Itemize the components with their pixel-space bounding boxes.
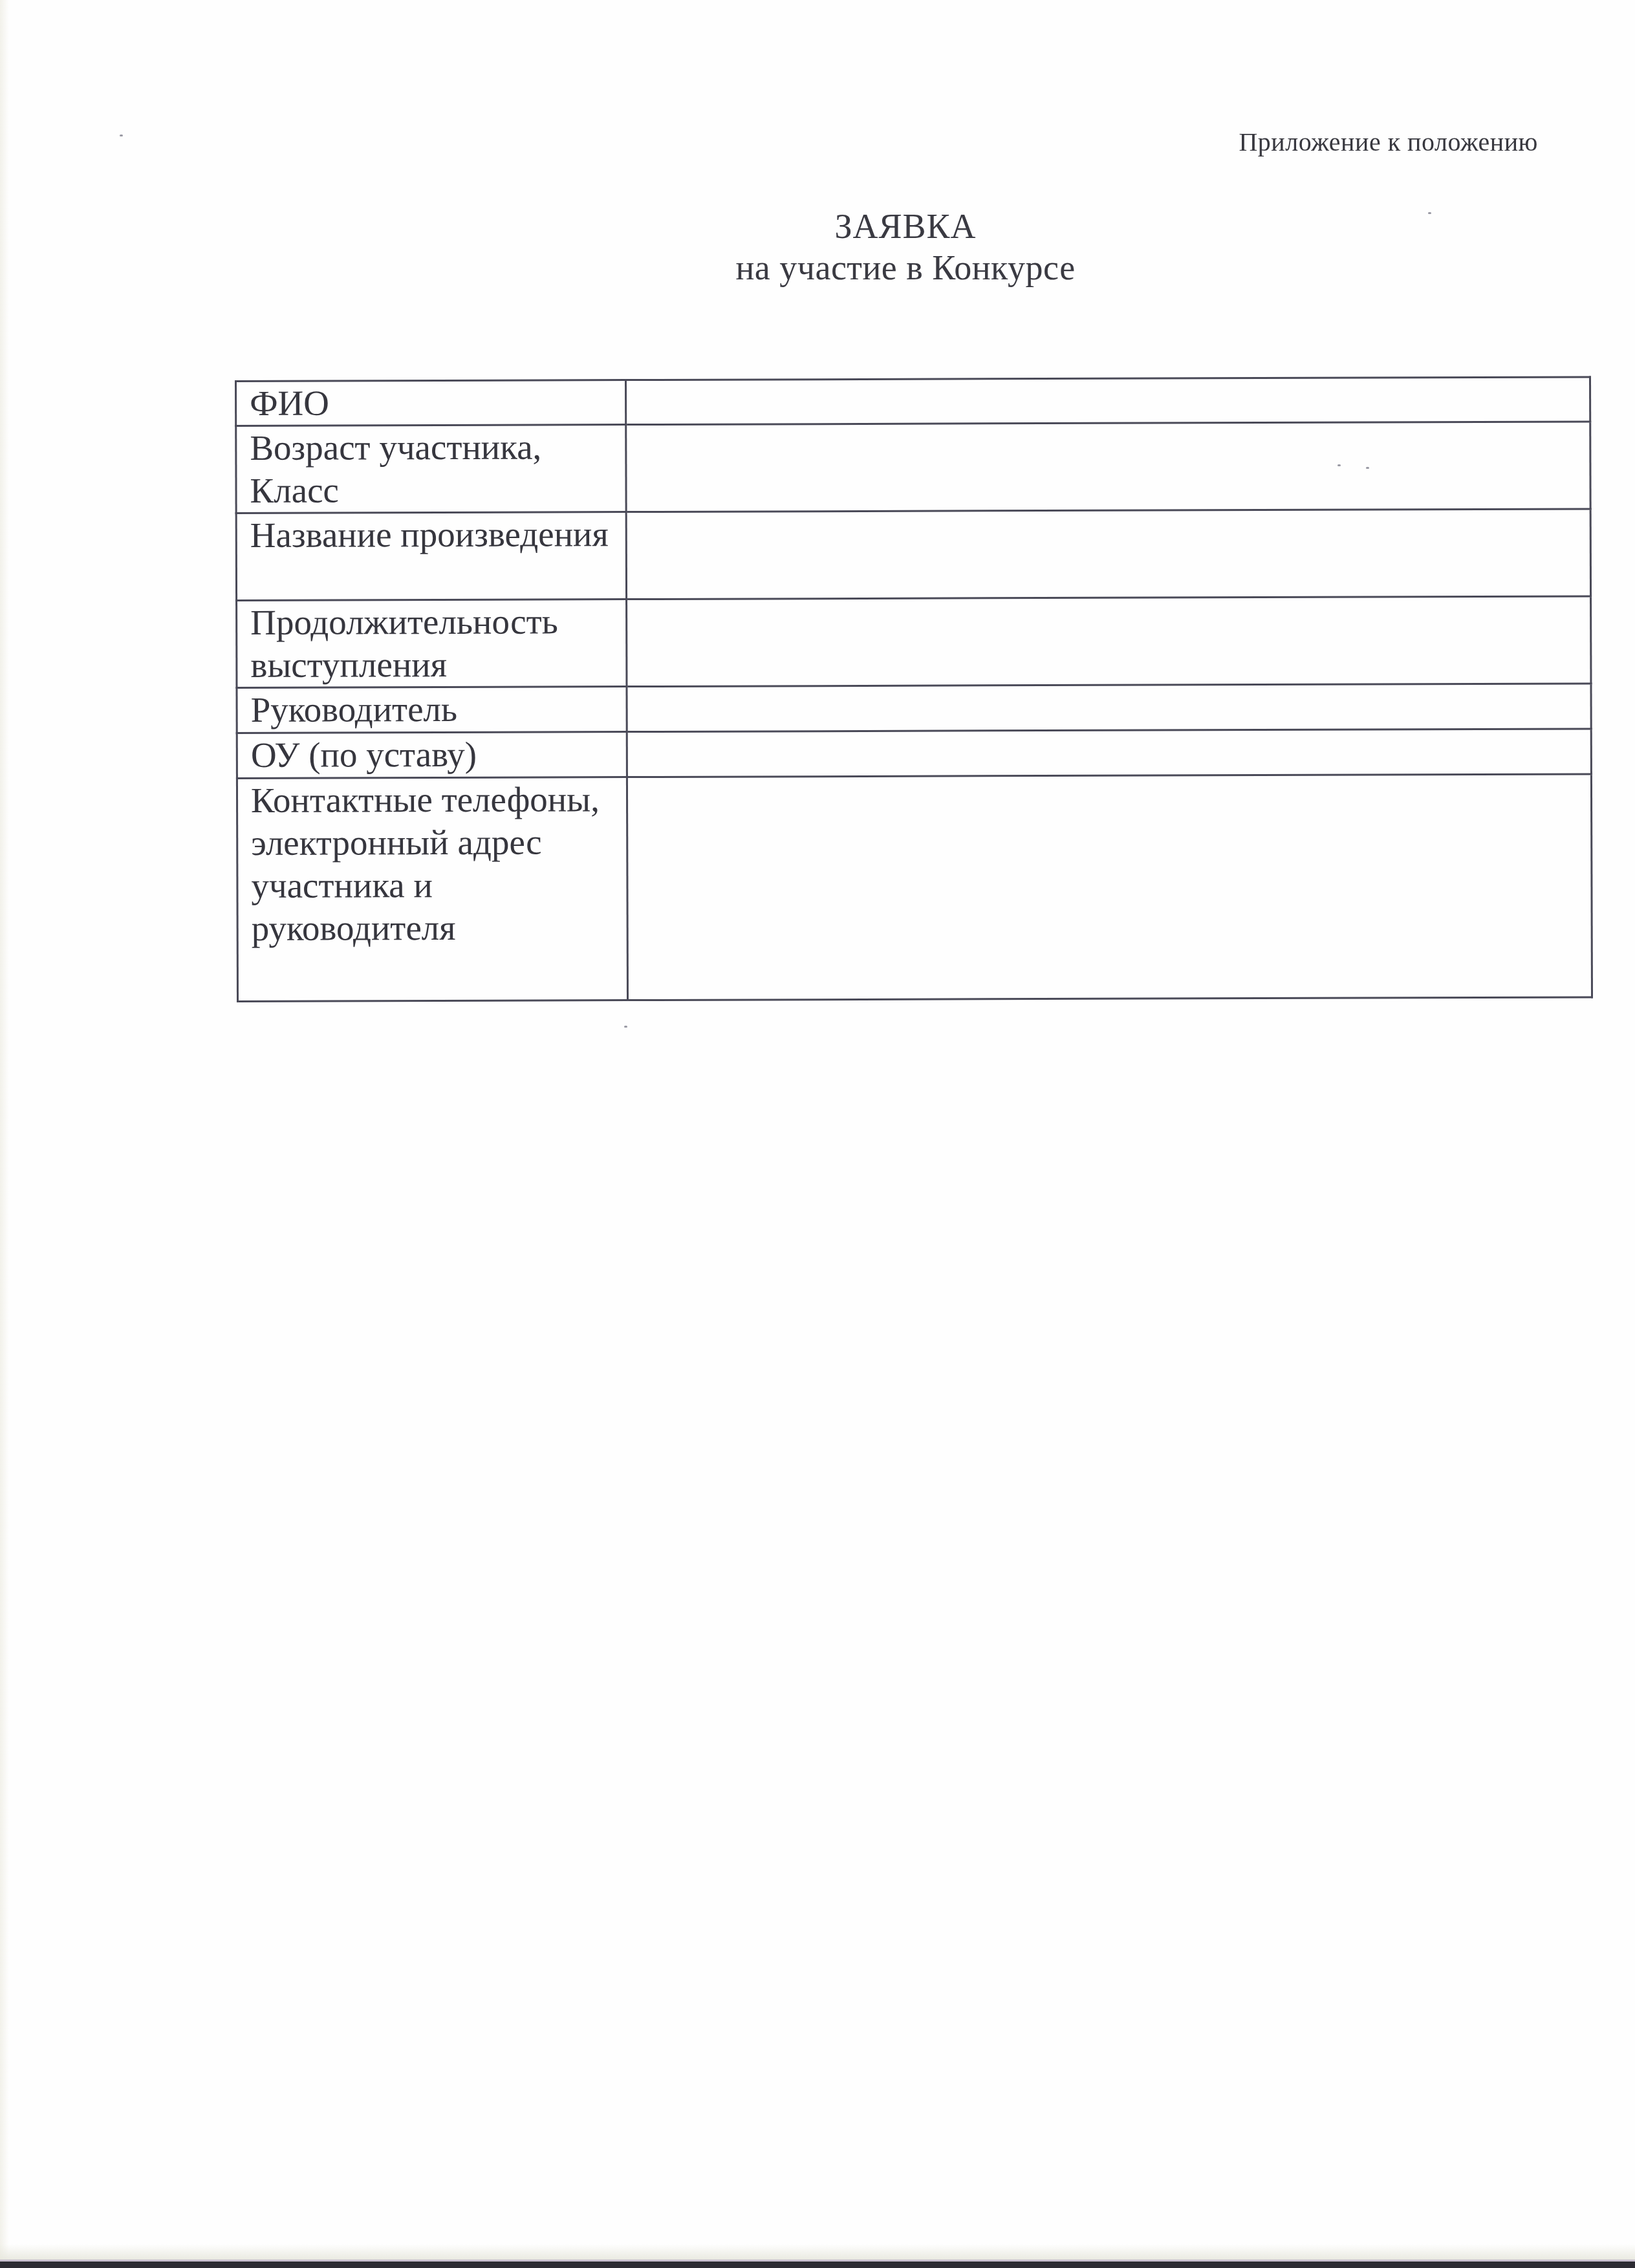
table-row: Возраст участника, Класс xyxy=(236,422,1590,513)
table-row: Руководитель xyxy=(237,684,1591,733)
scan-speck xyxy=(120,135,123,136)
document-title: ЗАЯВКА xyxy=(0,206,1635,247)
scan-speck xyxy=(1428,212,1431,214)
row-value-institution[interactable] xyxy=(627,729,1591,777)
row-label-duration: Продолжительность выступления xyxy=(237,599,627,688)
table-row: Контактные телефоны, электронный адрес у… xyxy=(237,774,1592,1002)
scan-speck xyxy=(624,1026,627,1028)
table-row: Название произведения xyxy=(236,509,1590,601)
row-value-age-class[interactable] xyxy=(626,422,1590,512)
row-label-full-name: ФИО xyxy=(236,380,626,426)
row-label-contacts: Контактные телефоны, электронный адрес у… xyxy=(237,777,627,1002)
row-label-supervisor: Руководитель xyxy=(237,687,627,733)
scanner-edge-band xyxy=(0,2260,1635,2268)
table-row: ОУ (по уставу) xyxy=(237,729,1591,779)
scan-speck xyxy=(1337,464,1341,466)
table-row: ФИО xyxy=(236,377,1590,426)
row-value-full-name[interactable] xyxy=(626,377,1590,425)
scan-left-edge xyxy=(0,0,9,2268)
document-subtitle: на участие в Конкурсе xyxy=(0,247,1635,288)
row-value-contacts[interactable] xyxy=(627,774,1592,1000)
application-form-table: ФИО Возраст участника, Класс Название пр… xyxy=(235,376,1593,1002)
row-label-age-class: Возраст участника, Класс xyxy=(236,425,626,513)
table-row: Продолжительность выступления xyxy=(237,596,1591,688)
scanned-page: Приложение к положению ЗАЯВКА на участие… xyxy=(0,0,1635,2268)
row-value-supervisor[interactable] xyxy=(627,684,1591,732)
row-label-institution: ОУ (по уставу) xyxy=(237,732,627,779)
row-value-duration[interactable] xyxy=(627,596,1591,687)
scan-bottom-shadow xyxy=(0,2244,1635,2260)
appendix-note: Приложение к положению xyxy=(1239,127,1538,157)
row-label-work-title: Название произведения xyxy=(236,512,626,601)
scan-speck xyxy=(1366,467,1369,469)
row-value-work-title[interactable] xyxy=(626,509,1590,599)
title-block: ЗАЯВКА на участие в Конкурсе xyxy=(0,206,1635,288)
